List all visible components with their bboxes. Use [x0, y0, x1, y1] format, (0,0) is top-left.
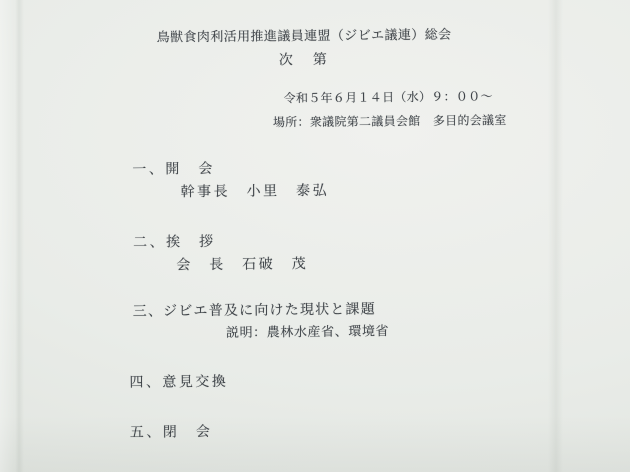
agenda-paper-photo: 鳥獣食肉利活用推進議員連盟（ジビエ議連）総会 次 第 令和５年６月１４日（水）９… [0, 0, 630, 472]
meeting-datetime: 令和５年６月１４日（水）９：００～ [284, 90, 493, 105]
agenda-item-1-detail: 幹事長 小里 泰弘 [180, 183, 329, 200]
agenda-item-4-label: 四、意見交換 [129, 374, 228, 390]
document-title: 鳥獣食肉利活用推進議員連盟（ジビエ議連）総会 [0, 26, 610, 46]
agenda-item-3-label: 三、ジビエ普及に向けた現状と課題 [133, 301, 376, 319]
agenda-item-1-label: 一、開 会 [132, 161, 215, 177]
agenda-page: 鳥獣食肉利活用推進議員連盟（ジビエ議連）総会 次 第 令和５年６月１４日（水）９… [0, 0, 630, 472]
agenda-item-2-detail: 会 長 石破 茂 [176, 256, 308, 273]
agenda-item-2-label: 二、挨 拶 [133, 234, 216, 250]
meeting-location: 場所：衆議院第二議員会館 多目的会議室 [273, 114, 507, 129]
document-subtitle: 次 第 [0, 49, 610, 70]
agenda-item-5-label: 五、閉 会 [130, 424, 213, 440]
agenda-item-3-detail: 説明：農林水産省、環境省 [226, 324, 389, 340]
